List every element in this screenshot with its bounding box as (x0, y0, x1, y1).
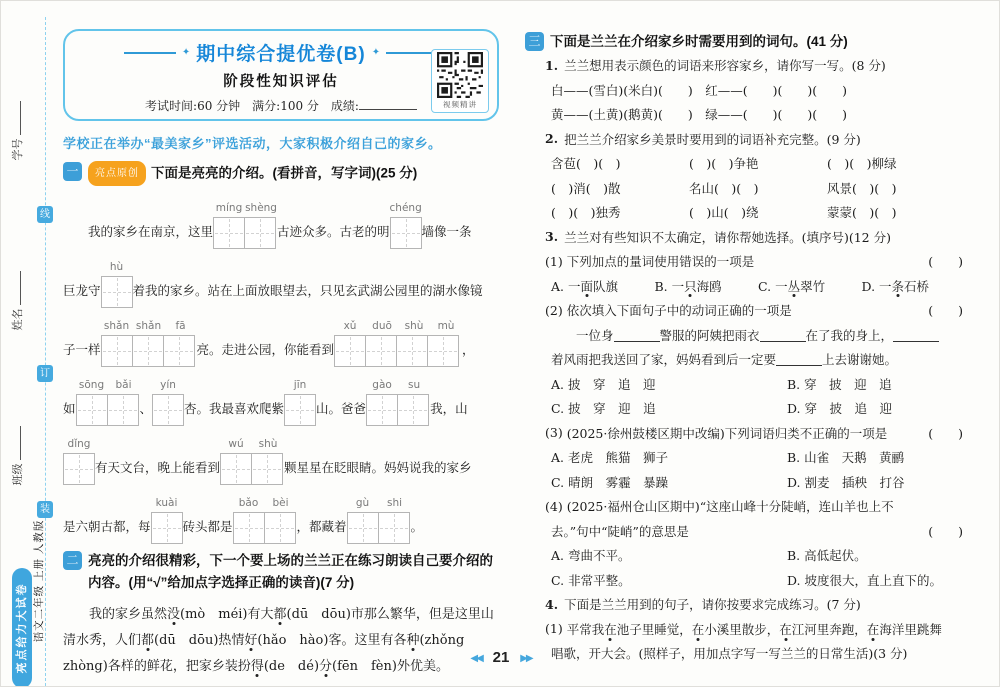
question-2-answer-rows: 含苞( )( )( )( )争艳( )( )柳绿( )消( )散名山( )( )… (525, 151, 965, 225)
pinyin-labels: yín (152, 379, 184, 394)
emphasis-dotted-char: 分 (319, 659, 332, 674)
phrase-fill-cell: ( )( )柳绿 (827, 154, 965, 172)
write-in-boxes (347, 512, 411, 544)
character-write-box (365, 335, 397, 367)
pinyin-labels: hù (101, 261, 133, 276)
emphasis-dotted-char: 种 (406, 633, 419, 648)
text-run: D. 割麦 插秧 打谷 (787, 475, 905, 490)
question-2-title: 把兰兰介绍家乡美景时要用到的词语补充完整。(9 分) (564, 130, 861, 148)
text-run: 去。”句中“陡峭”的意思是 (551, 522, 689, 540)
options-cells: A. 披 穿 追 迎B. 穿 披 迎 追 (551, 375, 965, 393)
emphasis-dotted-char: 在 (604, 620, 617, 638)
text-run: 着我的家乡。站在上面放眼望去，只见玄武湖公园里的湖水像镜 (133, 281, 483, 308)
pinyin-box-group: gàosu (366, 379, 430, 426)
character-write-box (244, 217, 276, 249)
emphasis-dotted-char: 在 (867, 620, 880, 638)
option: A. 弯曲不平。 (551, 546, 787, 564)
student-name-label: 姓名 (12, 309, 24, 331)
write-in-boxes (151, 512, 183, 544)
answer-parentheses: ( ) (928, 424, 965, 442)
phrase-fill-cell: 风景( )( ) (827, 179, 965, 197)
pinyin-label: gào (366, 379, 398, 394)
original-content-badge: 亮点原创 (88, 161, 146, 186)
pinyin-line: 子一样shǎnshǎnfā亮。走进公园，你能看到xǔduōshùmù， (63, 308, 499, 367)
text-run: B. 穿 披 迎 追 (787, 377, 892, 392)
question-1-heading: 1. 兰兰想用表示颜色的词语来形容家乡，请你写一写。(8 分) (525, 53, 965, 78)
emphasis-dotted-char: 没 (167, 607, 180, 622)
pinyin-labels: gùshi (347, 497, 411, 512)
option: D. 穿 披 追 迎 (787, 399, 965, 417)
text-run: 队旗 (593, 279, 618, 294)
pinyin-label: kuài (151, 497, 183, 512)
question-1-answer-rows: 白——(雪白)(米白)( ) 红——( )( )( )黄——(土黄)(鹅黄)( … (525, 78, 965, 127)
options-row: A. 老虎 熊猫 狮子B. 山雀 天鹅 黄鹂 (525, 445, 965, 470)
text-run: D. 穿 披 追 迎 (787, 401, 892, 416)
question-3-title: 兰兰对有些知识不太确定，请你帮她选择。(填序号)(12 分) (564, 228, 891, 246)
pinyin-label: dǐng (63, 438, 95, 453)
text-run: 颗星星在眨眼睛。妈妈说我的家乡 (284, 458, 472, 485)
character-write-box (163, 335, 195, 367)
next-page-arrows: ▶▶ (520, 653, 531, 664)
pinyin-labels: dǐng (63, 438, 95, 453)
emphasis-dotted-char: 面 (580, 279, 593, 294)
question-4-number: 4. (545, 597, 558, 612)
text-run: 我，山 (430, 399, 468, 426)
subquestion-body-line: 一位身警服的阿姨把雨衣在了我的身上， (525, 323, 965, 348)
options-cells: A. 一面队旗B. 一只海鸥C. 一丛翠竹D. 一条石桥 (551, 277, 965, 295)
emphasis-dotted-char: 只 (684, 279, 697, 294)
pinyin-labels: gàosu (366, 379, 430, 394)
text-run: C. 非常平整。 (551, 573, 631, 588)
subquestion-body-line: 着风雨把我送回了家，妈妈看到后一定要上去谢谢她。 (525, 347, 965, 372)
pinyin-labels: chéng (390, 202, 422, 217)
text-run: (mò méi)有大 (180, 607, 273, 622)
phrase-fill-cell: ( )消( )散 (551, 179, 689, 197)
pinyin-labels: jīn (284, 379, 316, 394)
text-run: (dū dōu)热情 (154, 633, 244, 648)
option: B. 山雀 天鹅 黄鹂 (787, 448, 965, 466)
text-run: 小溪里散步， (704, 620, 779, 638)
write-in-boxes (220, 453, 284, 485)
scenario-text: 学校正在举办“最美家乡”评选活动，大家积极介绍自己的家乡。 (63, 133, 499, 152)
text-run: (hǎo hào)客。这里有各 (257, 633, 406, 648)
option: D. 一条石桥 (862, 277, 966, 295)
subquestion-label: (2) (545, 303, 567, 318)
pinyin-box-group: yín (152, 379, 184, 426)
page-number-bar: ◀◀ 21 ▶▶ (441, 649, 561, 666)
character-write-box (107, 394, 139, 426)
page-number: 21 (493, 649, 510, 666)
emphasis-dotted-char: 在 (692, 620, 705, 638)
phrase-fill-cell: ( )( )争艳 (689, 154, 827, 172)
option: C. 一丛翠竹 (758, 277, 862, 295)
qr-caption: 视频精讲 (434, 99, 486, 110)
text-run: (de dé) (264, 659, 319, 674)
text-run: (2025·徐州鼓楼区期中改编)下列词语归类不正确的一项是 (567, 424, 888, 442)
pinyin-label: shi (379, 497, 411, 512)
pinyin-line: dǐng有天文台，晚上能看到wúshù颗星星在眨眼睛。妈妈说我的家乡 (63, 426, 499, 485)
emphasis-dotted-char: 都 (274, 607, 287, 622)
series-brand-badge: 亮点给力大试卷 (12, 568, 32, 687)
option: C. 披 穿 迎 追 (551, 399, 787, 417)
title-ornament-diamond-left: ✦ (182, 48, 190, 58)
text-run: 墙像一条 (422, 222, 472, 249)
options-row: A. 披 穿 追 迎B. 穿 披 迎 追 (525, 372, 965, 397)
phrase-fill-row: 含苞( )( )( )( )争艳( )( )柳绿 (525, 151, 965, 176)
pinyin-line: 我的家乡在南京，这里míngshèng古迹众多。古老的明chéng墙像一条 (63, 190, 499, 249)
left-page: ✦ 期中综合提优卷(B) ✦ 阶段性知识评估 考试时间:60 分钟 满分:100… (63, 29, 499, 687)
phrase-fill-cell: 蒙蒙( )( ) (827, 203, 965, 221)
subquestion-line: 去。”句中“陡峭”的意思是( ) (525, 519, 965, 544)
text-run: C. 一 (758, 279, 788, 294)
option: D. 坡度很大，直上直下的。 (787, 571, 965, 589)
text-run: C. 晴朗 雾霾 暴躁 (551, 475, 668, 490)
options-cells: C. 晴朗 雾霾 暴躁D. 割麦 插秧 打谷 (551, 473, 965, 491)
pinyin-box-group: xǔduōshùmù (334, 320, 462, 367)
option: D. 割麦 插秧 打谷 (787, 473, 965, 491)
text-run: 平常我 (567, 620, 605, 638)
pinyin-label: bèi (265, 497, 297, 512)
emphasis-dotted-char: 都 (141, 633, 154, 648)
character-write-box (101, 276, 133, 308)
phrase-fill-cell: 名山( )( ) (689, 179, 827, 197)
character-write-box (152, 394, 184, 426)
question-2-number: 2. (545, 131, 558, 146)
class-label: 班级 (12, 464, 24, 486)
pinyin-writing-passage: 我的家乡在南京，这里míngshèng古迹众多。古老的明chéng墙像一条巨龙守… (63, 190, 499, 544)
pinyin-label: shù (252, 438, 284, 453)
options-row: C. 晴朗 雾霾 暴躁D. 割麦 插秧 打谷 (525, 470, 965, 495)
class-field: 班级 (9, 411, 25, 501)
binding-mark-ding: 订 (37, 365, 53, 382)
pinyin-box-group: gùshi (347, 497, 411, 544)
character-write-box (397, 394, 429, 426)
write-in-boxes (366, 394, 430, 426)
text-run: 。 (411, 517, 424, 544)
color-word-fill-row: 黄——(土黄)(鹅黄)( ) 绿——( )( )( ) (525, 102, 965, 127)
pinyin-label: shǎn (133, 320, 165, 335)
pinyin-box-group: dǐng (63, 438, 95, 485)
student-id-label: 学号 (12, 139, 24, 161)
section-1-number-badge: 一 (63, 162, 82, 181)
pinyin-label: mù (430, 320, 462, 335)
options-cells: A. 弯曲不平。B. 高低起伏。 (551, 546, 965, 564)
title-ornament-line-left (124, 52, 176, 54)
pinyin-label: duō (366, 320, 398, 335)
options-cells: C. 非常平整。D. 坡度很大，直上直下的。 (551, 571, 965, 589)
pinyin-label: bǎo (233, 497, 265, 512)
options-row: C. 非常平整。D. 坡度很大，直上直下的。 (525, 568, 965, 593)
option: C. 非常平整。 (551, 571, 787, 589)
pinyin-box-group: wúshù (220, 438, 284, 485)
pinyin-label: shǎn (101, 320, 133, 335)
pinyin-labels: wúshù (220, 438, 284, 453)
character-write-box (132, 335, 164, 367)
qr-code-panel: 视频精讲 (431, 49, 489, 113)
phrase-fill-cell: ( )山( )绕 (689, 203, 827, 221)
subquestion-line: (2) 依次填入下面句子中的动词正确的一项是( ) (525, 298, 965, 323)
student-id-write-line (16, 102, 21, 136)
text-run: 我的家乡虽然 (63, 607, 167, 622)
subquestion-label: (1) (545, 621, 567, 636)
pinyin-box-group: kuài (151, 497, 183, 544)
options-row: A. 一面队旗B. 一只海鸥C. 一丛翠竹D. 一条石桥 (525, 274, 965, 299)
prev-page-arrows: ◀◀ (470, 653, 481, 664)
character-write-box (264, 512, 296, 544)
options-row: A. 弯曲不平。B. 高低起伏。 (525, 543, 965, 568)
emphasis-dotted-char: 条 (892, 279, 905, 294)
emphasis-dotted-char: 得 (251, 659, 264, 674)
section-2-number-badge: 二 (63, 551, 82, 570)
write-in-boxes (213, 217, 277, 249)
pronunciation-passage: 我的家乡虽然没(mò méi)有大都(dū dōu)市那么繁华，但是这里山清水秀… (63, 602, 499, 680)
question-3-number: 3. (545, 229, 558, 244)
emphasis-dotted-char: 好 (244, 633, 257, 648)
text-run: 海鸥 (697, 279, 722, 294)
character-write-box (220, 453, 252, 485)
pinyin-labels: míngshèng (213, 202, 277, 217)
pinyin-label: su (398, 379, 430, 394)
paper-title: 期中综合提优卷(B) (196, 39, 365, 66)
text-run: 有天文台，晚上能看到 (95, 458, 220, 485)
question-4-title: 下面是兰兰用到的句子，请你按要求完成练习。(7 分) (564, 595, 861, 613)
text-run: B. 高低起伏。 (787, 548, 867, 563)
character-write-box (284, 394, 316, 426)
subquestion-line: (4) (2025·福州仓山区期中)“这座山峰十分陡峭，连山羊也上不 (525, 494, 965, 519)
text-run: 上去谢谢她。 (822, 350, 897, 368)
write-in-boxes (101, 276, 133, 308)
binding-mark-xian: 线 (37, 206, 53, 223)
option: B. 一只海鸥 (655, 277, 759, 295)
pinyin-label: shù (398, 320, 430, 335)
text-run: 江河里奔跑， (792, 620, 867, 638)
pinyin-labels: kuài (151, 497, 183, 512)
text-run: D. 坡度很大，直上直下的。 (787, 573, 942, 588)
text-run: 古迹众多。古老的明 (277, 222, 390, 249)
text-run: 唱歌，开大会。(照样子，用加点字写一写兰兰的日常生活)(3 分) (551, 644, 907, 662)
question-4-subquestions: (1) 平常我在池子里睡觉，在小溪里散步，在江河里奔跑，在海洋里跳舞唱歌，开大会… (525, 617, 965, 666)
character-write-box (213, 217, 245, 249)
options-cells: C. 披 穿 迎 追D. 穿 披 追 迎 (551, 399, 965, 417)
text-run: 巨龙守 (63, 281, 101, 308)
student-name-write-line (16, 272, 21, 306)
options-row: C. 披 穿 迎 追D. 穿 披 追 迎 (525, 396, 965, 421)
text-run: C. 披 穿 迎 追 (551, 401, 656, 416)
answer-blank (614, 328, 660, 342)
subquestion-label: (3) (545, 425, 567, 440)
subquestion-label: (4) (545, 499, 567, 514)
text-run: 是六朝古都，每 (63, 517, 151, 544)
text-run: ， (462, 340, 475, 367)
pinyin-labels: shǎnshǎnfā (101, 320, 197, 335)
pinyin-label: chéng (390, 202, 422, 217)
text-run: 子一样 (63, 340, 101, 367)
answer-blank (760, 328, 806, 342)
character-write-box (396, 335, 428, 367)
subquestion-line: (3) (2025·徐州鼓楼区期中改编)下列词语归类不正确的一项是( ) (525, 421, 965, 446)
character-write-box (427, 335, 459, 367)
pinyin-labels: sōngbǎi (76, 379, 140, 394)
pinyin-label: gù (347, 497, 379, 512)
pinyin-box-group: bǎobèi (233, 497, 297, 544)
text-run: D. 一 (862, 279, 892, 294)
class-write-line (16, 427, 21, 461)
text-run: 杏。我最喜欢爬紫 (184, 399, 284, 426)
title-ornament-diamond-right: ✦ (372, 48, 380, 58)
answer-blank (893, 328, 939, 342)
pinyin-line: 如sōngbǎi、yín杏。我最喜欢爬紫jīn山。爸爸gàosu我，山 (63, 367, 499, 426)
text-run: B. 山雀 天鹅 黄鹂 (787, 450, 904, 465)
character-write-box (334, 335, 366, 367)
pinyin-line: 是六朝古都，每kuài砖头都是bǎobèi，都藏着gùshi。 (63, 485, 499, 544)
book-edition-text: 语文二年级 上册 人教版 (31, 506, 47, 656)
write-in-boxes (284, 394, 316, 426)
text-run: A. 弯曲不平。 (551, 548, 630, 563)
phrase-fill-cells: ( )消( )散名山( )( )风景( )( ) (551, 179, 965, 197)
text-run: 如 (63, 399, 76, 426)
write-in-boxes (390, 217, 422, 249)
pinyin-box-group: sōngbǎi (76, 379, 140, 426)
option: C. 晴朗 雾霾 暴躁 (551, 473, 787, 491)
pinyin-labels: xǔduōshùmù (334, 320, 462, 335)
write-in-boxes (101, 335, 197, 367)
phrase-fill-cells: 含苞( )( )( )( )争艳( )( )柳绿 (551, 154, 965, 172)
right-page: 三 下面是兰兰在介绍家乡时需要用到的词句。(41 分) 1. 兰兰想用表示颜色的… (525, 31, 965, 666)
pinyin-box-group: shǎnshǎnfā (101, 320, 197, 367)
write-in-boxes (76, 394, 140, 426)
section-3-heading: 三 下面是兰兰在介绍家乡时需要用到的词句。(41 分) (525, 31, 965, 53)
subquestion-line: (1) 下列加点的量词使用错误的一项是( ) (525, 249, 965, 274)
text-run: 山。爸爸 (316, 399, 366, 426)
character-write-box (101, 335, 133, 367)
question-1-title: 兰兰想用表示颜色的词语来形容家乡，请你写一写。(8 分) (564, 56, 886, 74)
option: B. 穿 披 迎 追 (787, 375, 965, 393)
pinyin-label: yín (152, 379, 184, 394)
section-3-title: 下面是兰兰在介绍家乡时需要用到的词句。(41 分) (550, 31, 965, 53)
text-run: 池子里睡觉， (617, 620, 692, 638)
pinyin-label: fā (165, 320, 197, 335)
text-run: 我的家乡在南京，这里 (63, 222, 213, 249)
section-1-title: 亮点原创下面是亮亮的介绍。(看拼音，写字词)(25 分) (88, 161, 417, 186)
text-run: 、 (140, 399, 153, 426)
text-run: 在了我的身上， (806, 326, 894, 344)
character-write-box (378, 512, 410, 544)
text-run: 警服的阿姨把雨衣 (660, 326, 760, 344)
write-in-boxes (233, 512, 297, 544)
text-run: A. 老虎 熊猫 狮子 (551, 450, 668, 465)
pinyin-label: shèng (245, 202, 277, 217)
paper-header-box: ✦ 期中综合提优卷(B) ✦ 阶段性知识评估 考试时间:60 分钟 满分:100… (63, 29, 499, 121)
pinyin-labels: bǎobèi (233, 497, 297, 512)
subquestion-line: 唱歌，开大会。(照样子，用加点字写一写兰兰的日常生活)(3 分) (525, 641, 965, 666)
section-2-heading: 二 亮亮的介绍很精彩，下一个要上场的兰兰正在练习朗读自己要介绍的内容。(用“√”… (63, 550, 499, 594)
text-run: 依次填入下面句子中的动词正确的一项是 (567, 301, 792, 319)
pinyin-box-group: míngshèng (213, 202, 277, 249)
color-word-fill-row: 白——(雪白)(米白)( ) 红——( )( )( ) (525, 78, 965, 103)
character-write-box (251, 453, 283, 485)
write-in-boxes (334, 335, 462, 367)
qr-code (437, 52, 483, 98)
phrase-fill-cell: 含苞( )( ) (551, 154, 689, 172)
text-run: 海洋里跳舞 (879, 620, 942, 638)
text-run: (2025·福州仓山区期中)“这座山峰十分陡峭，连山羊也上不 (567, 497, 894, 515)
option: B. 高低起伏。 (787, 546, 965, 564)
pinyin-box-group: chéng (390, 202, 422, 249)
text-run: 翠竹 (800, 279, 825, 294)
pinyin-box-group: jīn (284, 379, 316, 426)
pinyin-line: 巨龙守hù着我的家乡。站在上面放眼望去，只见玄武湖公园里的湖水像镜 (63, 249, 499, 308)
score-write-line (359, 105, 417, 110)
text-run: ，都藏着 (297, 517, 347, 544)
text-run: (fēn fèn)外优美。 (332, 659, 449, 674)
character-write-box (233, 512, 265, 544)
subquestion-line: (1) 平常我在池子里睡觉，在小溪里散步，在江河里奔跑，在海洋里跳舞 (525, 617, 965, 642)
question-1-number: 1. (545, 58, 558, 73)
section-2-title: 亮亮的介绍很精彩，下一个要上场的兰兰正在练习朗读自己要介绍的内容。(用“√”给加… (88, 550, 499, 594)
student-name-field: 姓名 (9, 256, 25, 346)
emphasis-dotted-char: 在 (779, 620, 792, 638)
write-in-boxes (63, 453, 95, 485)
answer-parentheses: ( ) (928, 301, 965, 319)
text-run: 砖头都是 (183, 517, 233, 544)
pinyin-label: xǔ (334, 320, 366, 335)
question-2-heading: 2. 把兰兰介绍家乡美景时要用到的词语补充完整。(9 分) (525, 127, 965, 152)
phrase-fill-cells: ( )( )独秀( )山( )绕蒙蒙( )( ) (551, 203, 965, 221)
text-run: B. 一 (655, 279, 685, 294)
subquestion-label: (1) (545, 254, 567, 269)
character-write-box (366, 394, 398, 426)
student-id-field: 学号 (9, 86, 25, 176)
phrase-fill-cell: ( )( )独秀 (551, 203, 689, 221)
character-write-box (390, 217, 422, 249)
phrase-fill-row: ( )( )独秀( )山( )绕蒙蒙( )( ) (525, 200, 965, 225)
text-run: 一位身 (551, 326, 614, 344)
pinyin-label: jīn (284, 379, 316, 394)
answer-parentheses: ( ) (928, 252, 965, 270)
pinyin-label: sōng (76, 379, 108, 394)
character-write-box (63, 453, 95, 485)
option: A. 一面队旗 (551, 277, 655, 295)
exam-meta-text: 考试时间:60 分钟 满分:100 分 成绩: (145, 99, 359, 113)
text-run: 石桥 (904, 279, 929, 294)
pinyin-label: hù (101, 261, 133, 276)
pinyin-label: wú (220, 438, 252, 453)
text-run: A. 一 (551, 279, 580, 294)
section-3-number-badge: 三 (525, 32, 544, 51)
text-run: 着风雨把我送回了家，妈妈看到后一定要 (551, 350, 776, 368)
phrase-fill-row: ( )消( )散名山( )( )风景( )( ) (525, 176, 965, 201)
question-3-heading: 3. 兰兰对有些知识不太确定，请你帮她选择。(填序号)(12 分) (525, 225, 965, 250)
option: A. 披 穿 追 迎 (551, 375, 787, 393)
pinyin-box-group: hù (101, 261, 133, 308)
answer-parentheses: ( ) (928, 522, 965, 540)
question-4-heading: 4. 下面是兰兰用到的句子，请你按要求完成练习。(7 分) (525, 592, 965, 617)
options-cells: A. 老虎 熊猫 狮子B. 山雀 天鹅 黄鹂 (551, 448, 965, 466)
question-3-subquestions: (1) 下列加点的量词使用错误的一项是( )A. 一面队旗B. 一只海鸥C. 一… (525, 249, 965, 592)
character-write-box (76, 394, 108, 426)
option: A. 老虎 熊猫 狮子 (551, 448, 787, 466)
section-1-title-text: 下面是亮亮的介绍。(看拼音，写字词)(25 分) (151, 166, 417, 181)
pinyin-label: bǎi (108, 379, 140, 394)
pinyin-label: míng (213, 202, 245, 217)
text-run: 亮。走进公园，你能看到 (197, 340, 335, 367)
test-paper-spread: 线 订 装 学号 姓名 班级 语文二年级 上册 人教版 亮点给力大试卷 ✦ 期中… (0, 0, 1000, 687)
character-write-box (151, 512, 183, 544)
text-run: 下列加点的量词使用错误的一项是 (567, 252, 755, 270)
character-write-box (347, 512, 379, 544)
answer-blank (776, 353, 822, 367)
emphasis-dotted-char: 丛 (788, 279, 801, 294)
